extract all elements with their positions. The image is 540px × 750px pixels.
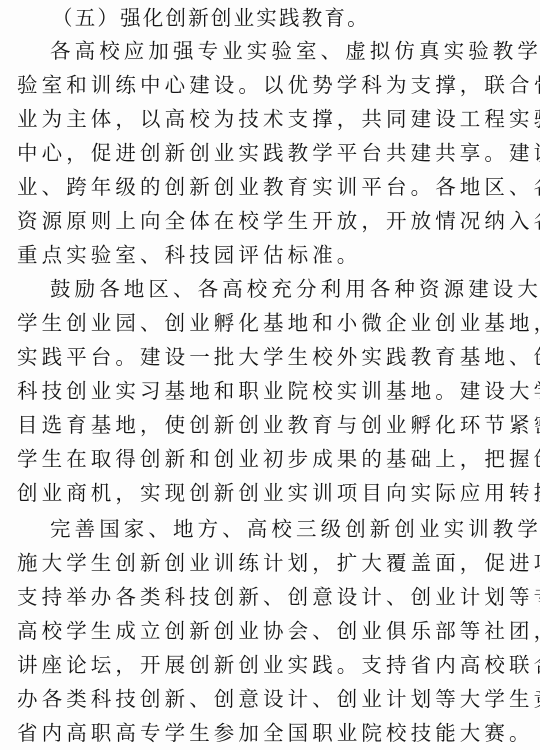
- paragraph-1-line-4: 中心，促进创新创业实践教学平台共建共享。建设跨学科、跨专: [17, 138, 540, 168]
- paragraph-1-line-2: 验室和训练中心建设。以优势学科为支撑，联合骨干企业或以企: [17, 70, 540, 100]
- paragraph-2-line-6: 学生在取得创新和创业初步成果的基础上，把握创业机会、捕捉: [17, 444, 540, 474]
- paragraph-2-line-7: 创业商机，实现创新创业实训项目向实际应用转换。: [17, 478, 540, 508]
- paragraph-2-line-4: 科技创业实习基地和职业院校实训基地。建设大学生创新创业项: [17, 376, 540, 406]
- paragraph-2-line-3: 实践平台。建设一批大学生校外实践教育基地、创业示范基地、: [17, 342, 540, 372]
- paragraph-2-line-1: 鼓励各地区、各高校充分利用各种资源建设大学科技园、大: [50, 274, 540, 304]
- paragraph-2-line-2: 学生创业园、创业孵化基地和小微企业创业基地，作为创业教育: [17, 308, 540, 338]
- paragraph-3-line-6: 办各类科技创新、创意设计、创业计划等大学生竞赛，积极组织: [17, 684, 540, 714]
- paragraph-3-line-2: 施大学生创新创业训练计划，扩大覆盖面，促进项目落地转化。: [17, 548, 540, 578]
- paragraph-1-line-6: 资源原则上向全体在校学生开放，开放情况纳入各类研究基地、: [17, 206, 540, 236]
- paragraph-1-line-1: 各高校应加强专业实验室、虚拟仿真实验教学中心、创业实: [50, 36, 540, 66]
- paragraph-3-line-5: 讲座论坛，开展创新创业实践。支持省内高校联合行业企业，举: [17, 650, 540, 680]
- paragraph-1-line-7: 重点实验室、科技园评估标准。: [17, 240, 361, 270]
- paragraph-3-line-1: 完善国家、地方、高校三级创新创业实训教学体系，深入实: [50, 514, 540, 544]
- document-page: （五）强化创新创业实践教育。 各高校应加强专业实验室、虚拟仿真实验教学中心、创业…: [0, 0, 540, 750]
- paragraph-1-line-3: 业为主体，以高校为技术支撑，共同建设工程实验室、工程研究: [17, 104, 540, 134]
- paragraph-3-line-7: 省内高职高专学生参加全国职业院校技能大赛。: [17, 718, 534, 748]
- paragraph-1-line-5: 业、跨年级的创新创业教育实训平台。各地区、各高校科技创新: [17, 172, 540, 202]
- paragraph-3-line-3: 支持举办各类科技创新、创意设计、创业计划等专题竞赛。支持: [17, 582, 540, 612]
- paragraph-2-line-5: 目选育基地，使创新创业教育与创业孵化环节紧密衔接。引导大: [17, 410, 540, 440]
- section-heading: （五）强化创新创业实践教育。: [52, 3, 370, 33]
- paragraph-3-line-4: 高校学生成立创新创业协会、创业俱乐部等社团，举办创新创业: [17, 616, 540, 646]
